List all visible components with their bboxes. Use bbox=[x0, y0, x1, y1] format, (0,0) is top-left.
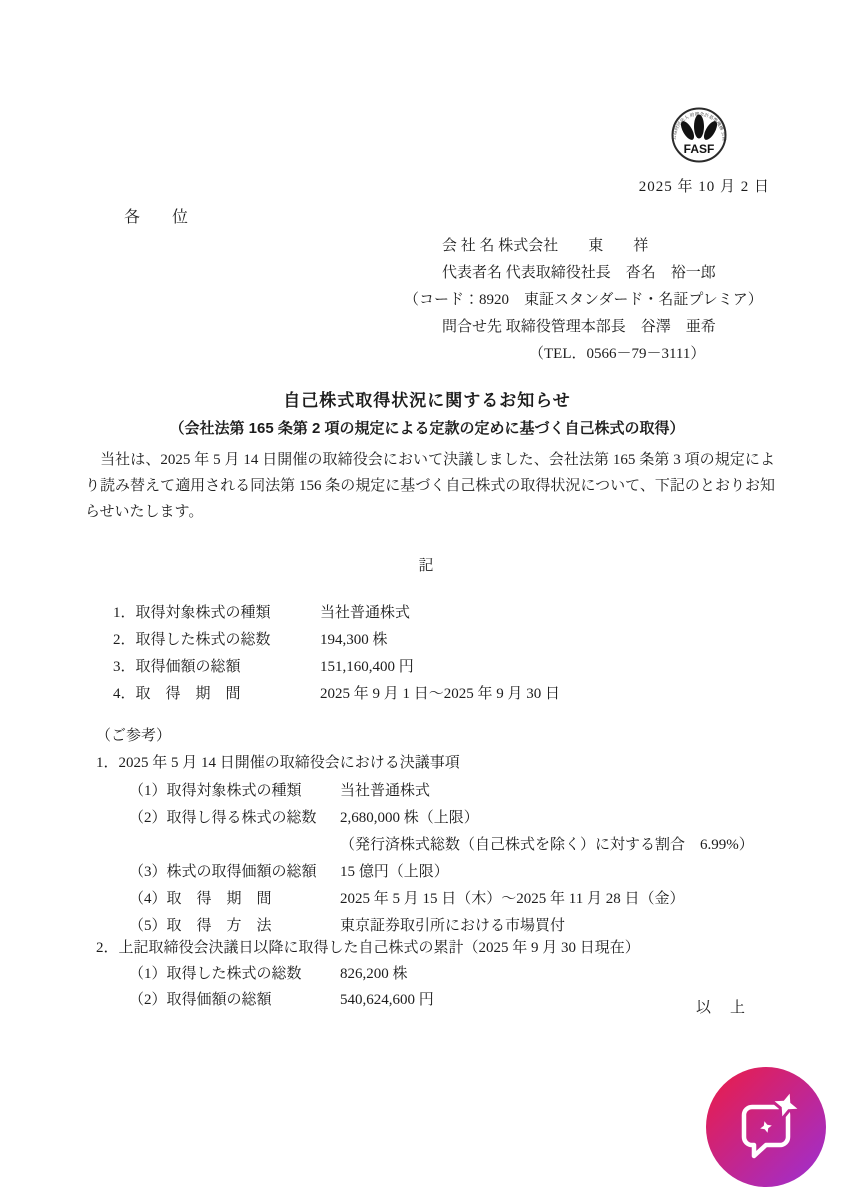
list-item: （2）取得し得る株式の総数 2,680,000 株（上限） bbox=[129, 806, 754, 833]
item-value: 2025 年 9 月 1 日～2025 年 9 月 30 日 bbox=[320, 682, 560, 703]
list-item: （1）取得対象株式の種類 当社普通株式 bbox=[129, 779, 754, 806]
item-value: 当社普通株式 bbox=[320, 601, 410, 622]
item-value: 194,300 株 bbox=[320, 628, 388, 649]
item-label: 2．取得した株式の総数 bbox=[113, 628, 320, 649]
item-value: 2,680,000 株（上限） bbox=[340, 806, 479, 827]
closing-mark: 以 上 bbox=[696, 996, 747, 1017]
acquisition-status-list: 1．取得対象株式の種類 当社普通株式 2．取得した株式の総数 194,300 株… bbox=[113, 601, 560, 709]
item-note: （発行済株式総数（自己株式を除く）に対する割合 6.99%） bbox=[340, 833, 754, 854]
representative-line: 代表者名 代表取締役社長 沓名 裕一郎 bbox=[442, 261, 716, 282]
resolution-items-list: （1）取得対象株式の種類 当社普通株式 （2）取得し得る株式の総数 2,680,… bbox=[129, 779, 754, 941]
company-name-line: 会 社 名 株式会社 東 祥 bbox=[442, 234, 648, 255]
item-value: 826,200 株 bbox=[340, 962, 408, 983]
item-label: 3．取得価額の総額 bbox=[113, 655, 320, 676]
list-item: （1）取得した株式の総数 826,200 株 bbox=[129, 962, 434, 988]
cumulative-items-list: （1）取得した株式の総数 826,200 株 （2）取得価額の総額 540,62… bbox=[129, 962, 434, 1014]
item-value: 2025 年 5 月 15 日（木）～2025 年 11 月 28 日（金） bbox=[340, 887, 684, 908]
item-value: 当社普通株式 bbox=[340, 779, 430, 800]
list-item: 1．取得対象株式の種類 当社普通株式 bbox=[113, 601, 560, 628]
lead-paragraph: 当社は、2025 年 5 月 14 日開催の取締役会において決議しました、会社法… bbox=[85, 447, 775, 525]
fasf-logo-icon: 公益財団法人 財務会計基準機構 会員 FASF bbox=[661, 103, 737, 167]
fasf-logo: 公益財団法人 財務会計基準機構 会員 FASF bbox=[661, 103, 737, 167]
item-label: （1）取得した株式の総数 bbox=[129, 962, 340, 983]
record-mark: 記 bbox=[0, 554, 854, 575]
list-item: 4．取 得 期 間 2025 年 9 月 1 日～2025 年 9 月 30 日 bbox=[113, 682, 560, 709]
item-label: （2）取得し得る株式の総数 bbox=[129, 806, 340, 827]
document-date: 2025 年 10 月 2 日 bbox=[639, 175, 770, 196]
contact-line: 問合せ先 取締役管理本部長 谷澤 亜希 bbox=[442, 315, 716, 336]
document-page: 公益財団法人 財務会計基準機構 会員 FASF 2025 年 10 月 2 日 … bbox=[0, 0, 854, 1200]
chat-sparkle-icon bbox=[706, 1067, 826, 1187]
cumulative-title: 2．上記取締役会決議日以降に取得した自己株式の累計（2025 年 9 月 30 … bbox=[96, 936, 640, 957]
item-value: 540,624,600 円 bbox=[340, 988, 434, 1009]
item-label: （3）株式の取得価額の総額 bbox=[129, 860, 340, 881]
item-label: （2）取得価額の総額 bbox=[129, 988, 340, 1009]
list-item: 2．取得した株式の総数 194,300 株 bbox=[113, 628, 560, 655]
reference-heading: （ご参考） bbox=[96, 724, 171, 745]
addressee: 各 位 bbox=[124, 204, 188, 227]
item-label: 4．取 得 期 間 bbox=[113, 682, 320, 703]
company-info-block: 会 社 名 株式会社 東 祥 代表者名 代表取締役社長 沓名 裕一郎 （コード：… bbox=[0, 234, 854, 374]
item-label: （1）取得対象株式の種類 bbox=[129, 779, 340, 800]
stock-code-line: （コード：8920 東証スタンダード・名証プレミア） bbox=[404, 288, 763, 309]
list-item: （3）株式の取得価額の総額 15 億円（上限） bbox=[129, 860, 754, 887]
fasf-wordmark: FASF bbox=[684, 142, 715, 156]
chat-assistant-button[interactable] bbox=[706, 1067, 826, 1187]
list-item-note: （発行済株式総数（自己株式を除く）に対する割合 6.99%） bbox=[129, 833, 754, 860]
list-item: 3．取得価額の総額 151,160,400 円 bbox=[113, 655, 560, 682]
document-subtitle: （会社法第 165 条第 2 項の規定による定款の定めに基づく自己株式の取得） bbox=[0, 417, 854, 438]
item-label: （5）取 得 方 法 bbox=[129, 914, 340, 935]
telephone-line: （TEL．0566－79－3111） bbox=[529, 342, 705, 363]
item-value: 15 億円（上限） bbox=[340, 860, 449, 881]
list-item: （4）取 得 期 間 2025 年 5 月 15 日（木）～2025 年 11 … bbox=[129, 887, 754, 914]
item-label: 1．取得対象株式の種類 bbox=[113, 601, 320, 622]
item-value: 151,160,400 円 bbox=[320, 655, 414, 676]
resolution-title: 1．2025 年 5 月 14 日開催の取締役会における決議事項 bbox=[96, 751, 460, 772]
document-title: 自己株式取得状況に関するお知らせ bbox=[0, 386, 854, 411]
item-label: （4）取 得 期 間 bbox=[129, 887, 340, 908]
item-value: 東京証券取引所における市場買付 bbox=[340, 914, 565, 935]
list-item: （2）取得価額の総額 540,624,600 円 bbox=[129, 988, 434, 1014]
